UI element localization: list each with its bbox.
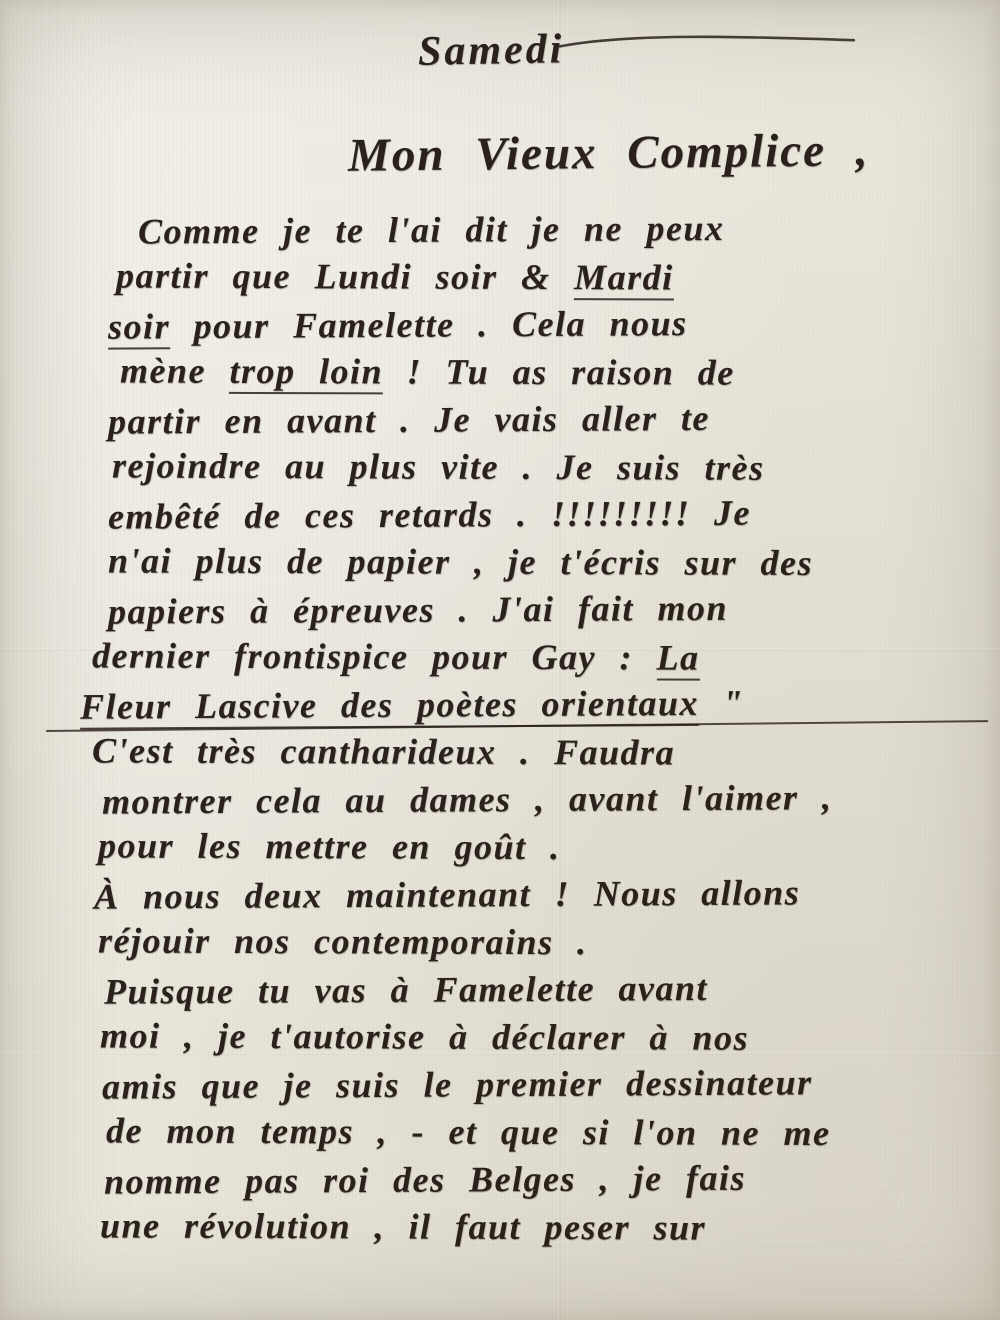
line-segment: pour Famelette . Cela nous — [170, 303, 688, 346]
line-segment: réjouir nos contemporains . — [98, 920, 588, 962]
line-segment: Puisque tu vas à Famelette avant — [104, 968, 708, 1012]
letter-line: de mon temps , - et que si l'on ne me — [106, 1107, 970, 1158]
dateline: Samedi — [418, 20, 859, 76]
letter-line: Puisque tu vas à Famelette avant — [104, 963, 970, 1016]
line-segment-underlined: La — [656, 637, 699, 680]
line-segment: rejoindre au plus vite . Je suis très — [112, 445, 765, 487]
letter-line: montrer cela au dames , avant l'aimer , — [102, 773, 970, 826]
salutation: Mon Vieux Complice , — [348, 123, 870, 182]
letter-line: nomme pas roi des Belges , je fais — [104, 1153, 970, 1206]
letter-body: Comme je te l'ai dit je ne peux partir q… — [108, 206, 970, 1251]
letter-line: réjouir nos contemporains . — [98, 917, 970, 968]
letter-page: Samedi Mon Vieux Complice , Comme je te … — [0, 0, 1000, 1320]
letter-line: mène trop loin ! Tu as raison de — [120, 347, 970, 397]
line-segment: " — [699, 683, 744, 723]
letter-line: moi , je t'autorise à déclarer à nos — [100, 1012, 970, 1063]
line-segment: moi , je t'autorise à déclarer à nos — [100, 1015, 749, 1057]
flourish-stroke — [558, 25, 858, 56]
letter-line: n'ai plus de papier , je t'écris sur des — [108, 537, 970, 588]
line-segment: À nous deux maintenant ! Nous allons — [94, 872, 800, 916]
letter-line: partir que Lundi soir & Mardi — [116, 252, 970, 302]
line-segment-underlined: Fleur Lascive des poètes orientaux — [80, 683, 699, 730]
line-segment: amis que je suis le premier dessinateur — [102, 1062, 813, 1106]
line-segment: n'ai plus de papier , je t'écris sur des — [108, 540, 813, 582]
line-segment-underlined: Mardi — [574, 257, 674, 300]
letter-line: dernier frontispice pour Gay : La — [92, 632, 970, 683]
line-segment: partir en avant . Je vais aller te — [108, 398, 710, 442]
letter-line: papiers à épreuves . J'ai fait mon — [108, 583, 970, 636]
line-segment: partir que Lundi soir & — [116, 255, 574, 297]
line-segment: embêté de ces retards . !!!!!!!!! Je — [108, 493, 751, 537]
line-segment: de mon temps , - et que si l'on ne me — [106, 1110, 831, 1153]
line-segment: montrer cela au dames , avant l'aimer , — [102, 777, 833, 821]
letter-line: partir en avant . Je vais aller te — [108, 393, 970, 446]
letter-line: C'est très cantharideux . Faudra — [92, 727, 970, 778]
letter-line: amis que je suis le premier dessinateur — [102, 1058, 970, 1111]
letter-line-title: Fleur Lascive des poètes orientaux " — [80, 678, 970, 731]
line-segment-underlined: trop loin — [229, 350, 383, 394]
letter-line: Comme je te l'ai dit je ne peux — [138, 203, 970, 256]
letter-line: embêté de ces retards . !!!!!!!!! Je — [108, 488, 970, 541]
dateline-text: Samedi — [418, 26, 565, 75]
letter-line: À nous deux maintenant ! Nous allons — [94, 868, 970, 921]
line-segment-underlined: soir — [108, 306, 170, 349]
line-segment: Comme je te l'ai dit je ne peux — [138, 208, 725, 252]
letter-line: rejoindre au plus vite . Je suis très — [112, 442, 970, 492]
line-segment: une révolution , il faut peser sur — [100, 1205, 706, 1247]
letter-line: une révolution , il faut peser sur — [100, 1202, 970, 1253]
line-segment: mène — [120, 350, 230, 390]
line-segment: papiers à épreuves . J'ai fait mon — [108, 588, 728, 632]
letter-line: pour les mettre en goût . — [98, 822, 970, 873]
line-segment: C'est très cantharideux . Faudra — [92, 730, 675, 772]
letter-line: soir pour Famelette . Cela nous — [108, 298, 970, 351]
line-segment: pour les mettre en goût . — [98, 825, 561, 867]
line-segment: dernier frontispice pour Gay : — [92, 635, 657, 677]
line-segment: nomme pas roi des Belges , je fais — [104, 1158, 746, 1202]
line-segment: ! Tu as raison de — [383, 351, 735, 392]
